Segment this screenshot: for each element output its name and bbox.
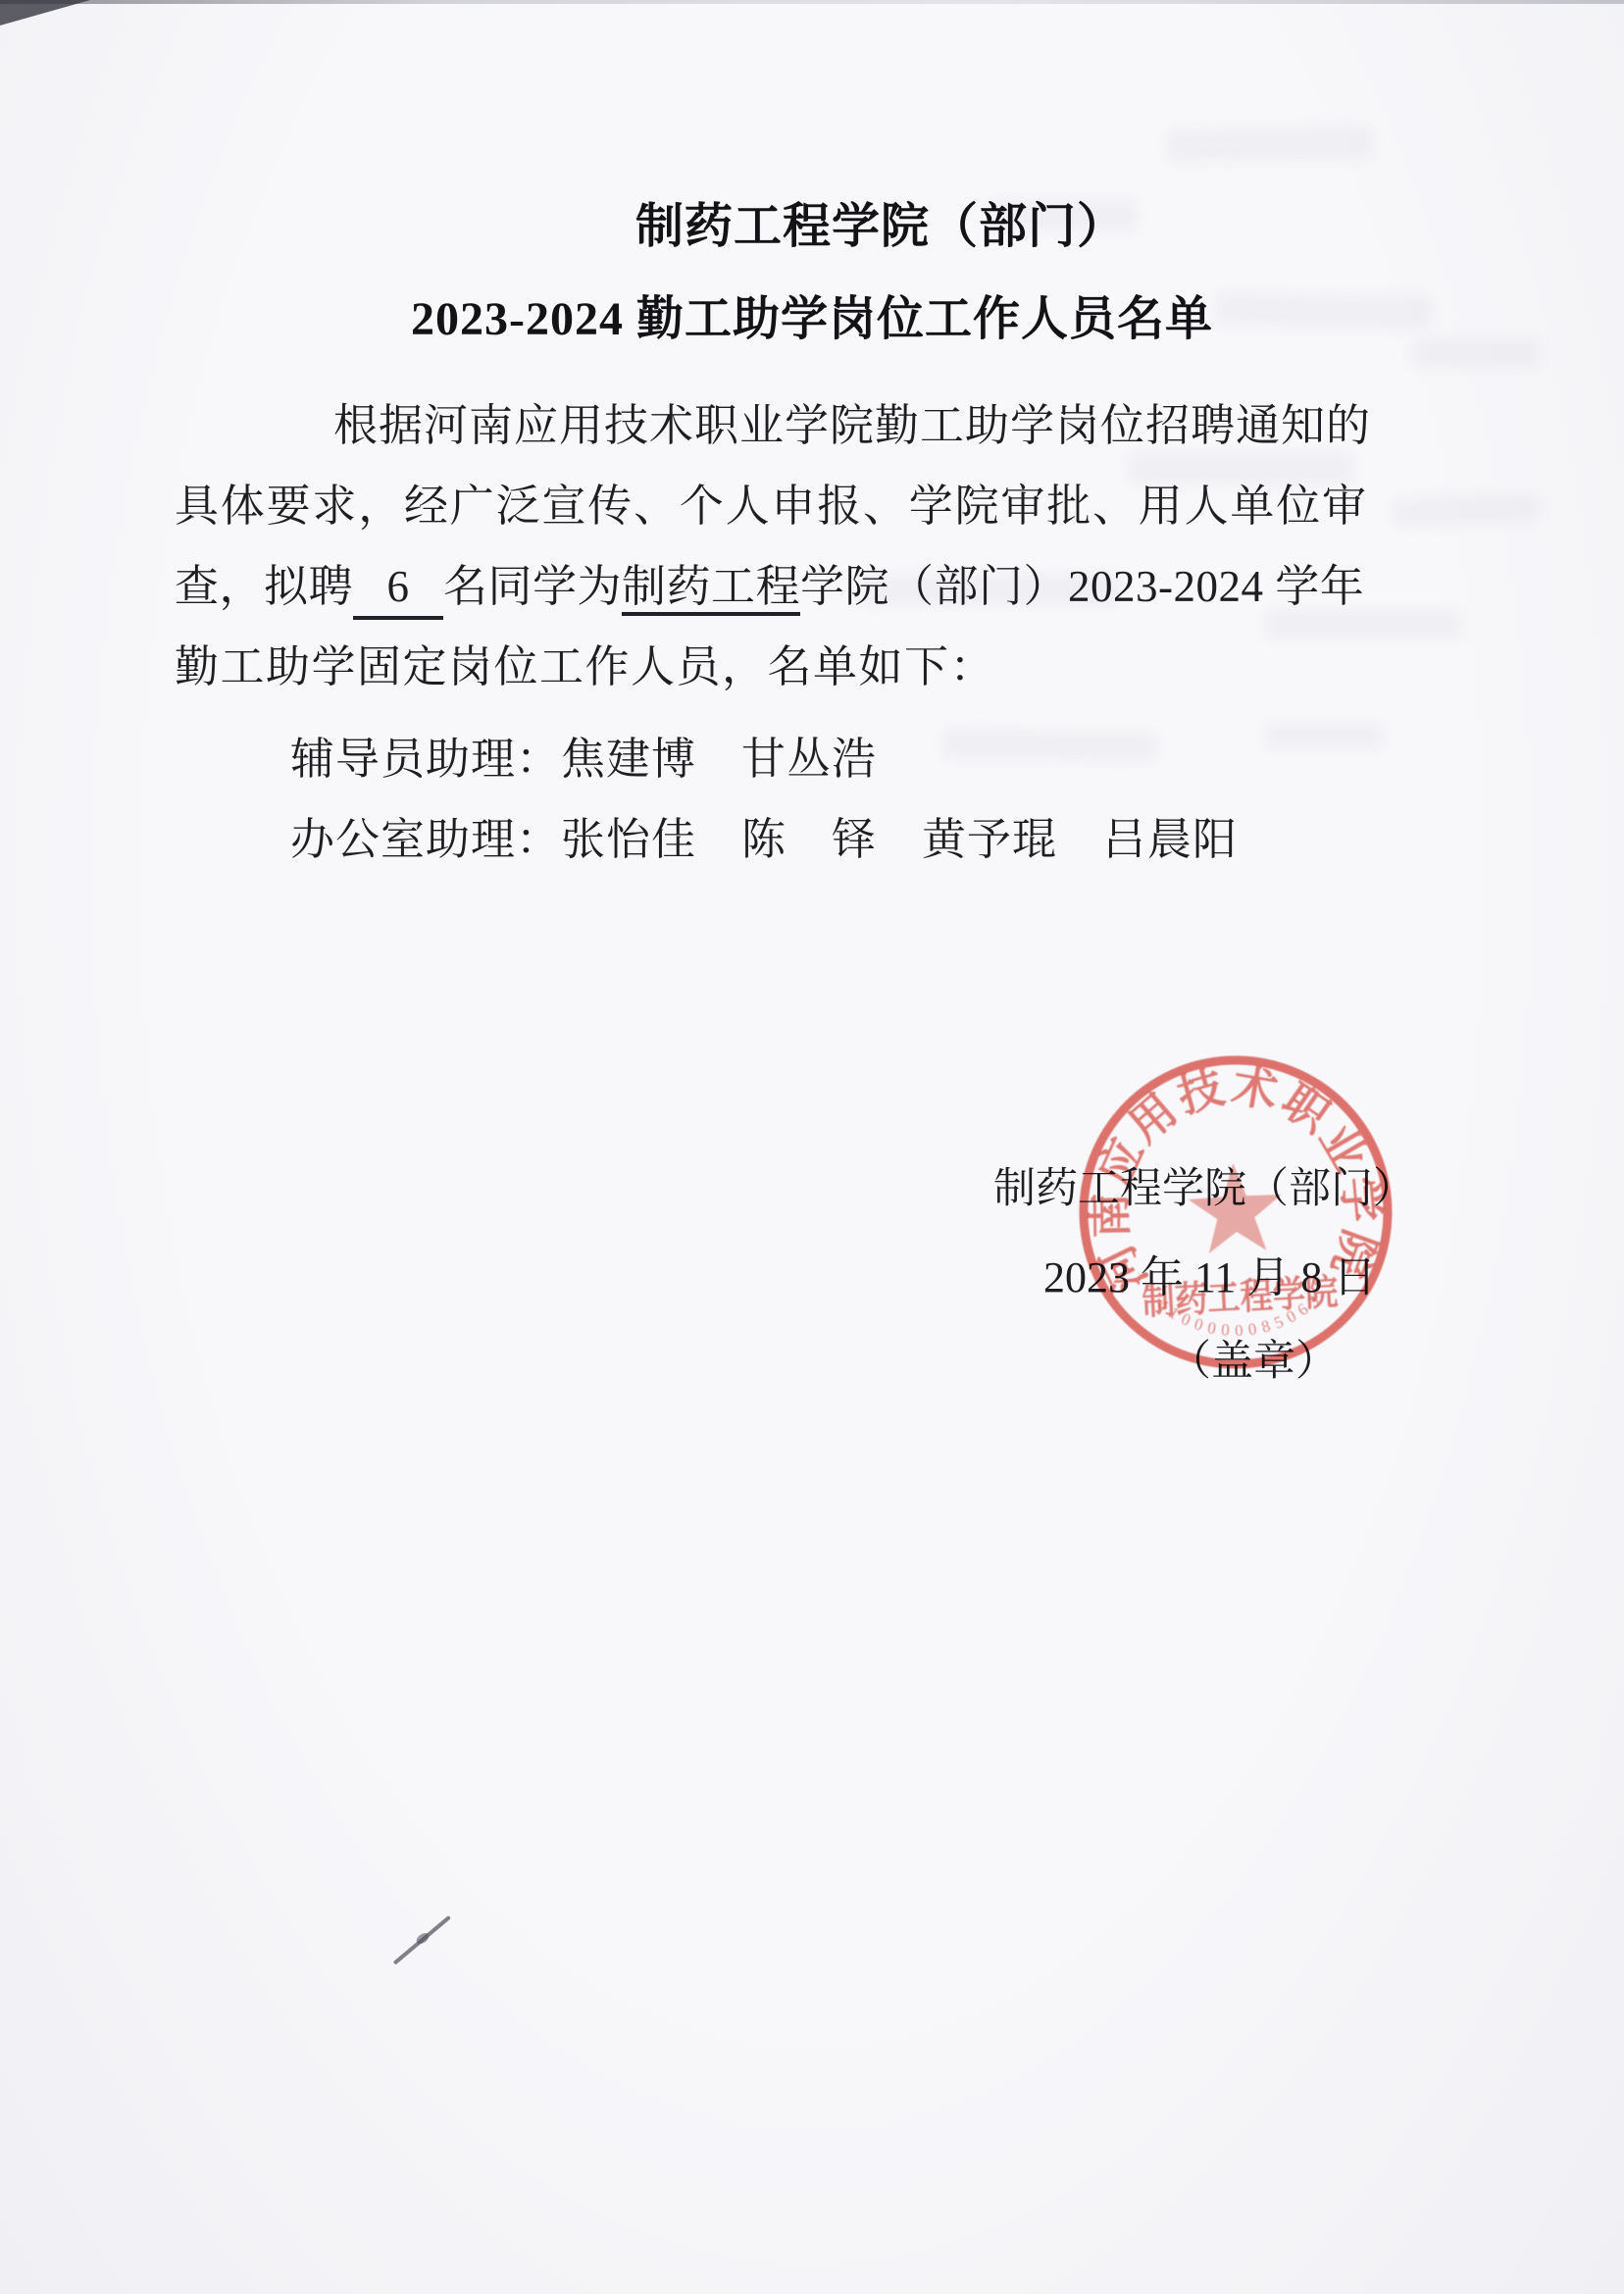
roster-role: 辅导员助理： [290,735,561,784]
scan-corner-artifact [0,0,90,25]
roster-names: 焦建博 甘丛浩 [561,735,877,784]
body-line-3-mid: 名同学为 [443,562,622,611]
body-line-3-prefix: 查，拟聘 [175,562,353,611]
body-line-4: 勤工助学固定岗位工作人员，名单如下： [175,638,995,696]
roster-line-office-assistant: 办公室助理：张怡佳 陈 铎 黄予琨 吕晨阳 [290,811,1238,869]
body-line-1: 根据河南应用技术职业学院勤工助学岗位招聘通知的 [333,397,1371,455]
document-title-line2: 2023-2024 勤工助学岗位工作人员名单 [175,280,1449,348]
body-line-3: 查，拟聘6名同学为制药工程学院（部门）2023-2024 学年 [175,558,1364,620]
roster-line-counselor-assistant: 辅导员助理：焦建博 甘丛浩 [290,731,877,789]
document-title-line1: 制药工程学院（部门） [635,188,1126,257]
roster-names: 张怡佳 陈 铎 黄予琨 吕晨阳 [561,815,1238,864]
college-name-underlined: 制药工程 [622,562,800,616]
hired-count-underlined: 6 [353,558,443,620]
bleed-through-smudge [1393,492,1541,527]
bleed-through-smudge [1167,126,1374,163]
bleed-through-smudge [941,729,1157,762]
seal-star-icon [1187,1161,1285,1254]
official-seal: 河南应用技术职业学院 制药工程学院 4100000085063 [1060,1037,1410,1387]
body-line-3-suffix: 学院（部门）2023-2024 学年 [800,562,1364,611]
bleed-through-smudge [1265,724,1383,749]
roster-role: 办公室助理： [290,815,561,864]
body-line-2: 具体要求，经广泛宣传、个人申报、学院审批、用人单位审 [175,478,1368,535]
scan-edge-artifact [0,0,1624,4]
scanned-document-page: 制药工程学院（部门） 2023-2024 勤工助学岗位工作人员名单 根据河南应用… [0,0,1624,2294]
